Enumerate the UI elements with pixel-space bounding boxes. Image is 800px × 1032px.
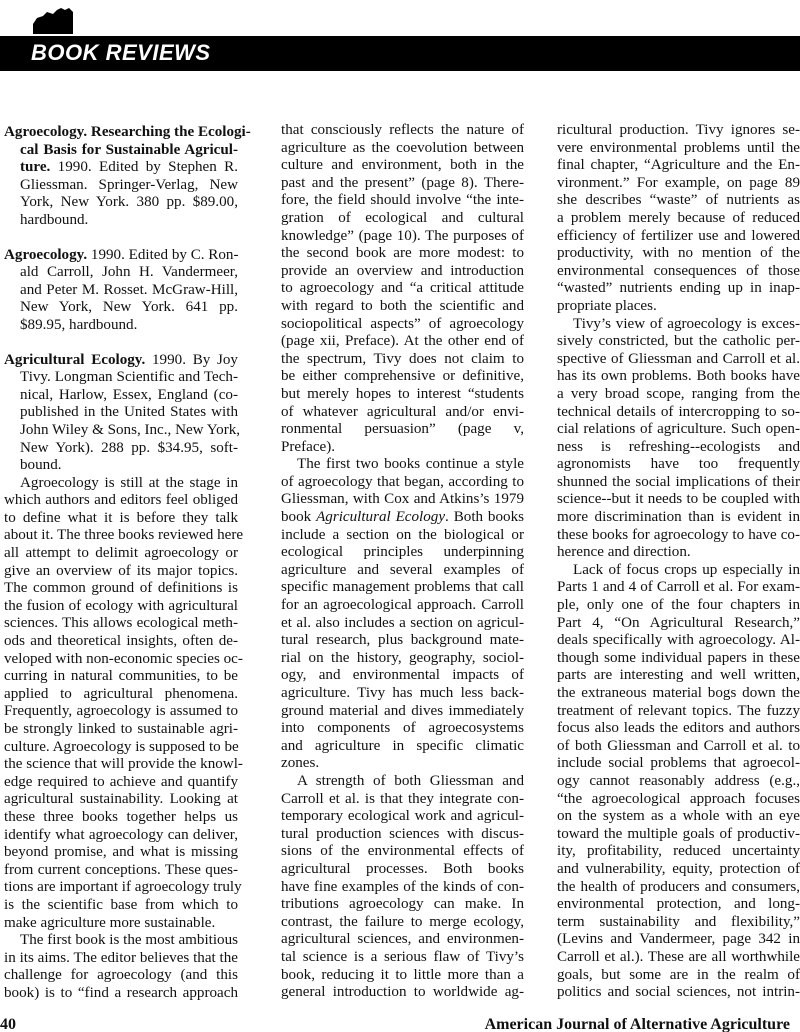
text-line: agriculture. Tivy has much less back- [281,685,524,703]
text-line: Part 4, “On Agricultural Research,” [557,615,800,633]
text-line: tal science is a serious flaw of Tivy’s [281,949,524,967]
text-line: shunned the social implications of their [557,474,800,492]
column-3: ricultural production. Tivy ignores se-v… [557,122,800,1002]
reference-line: $89.95, hardbound. [4,317,238,335]
text-line: agriculture and several examples of [281,562,524,580]
text-line: more discrimination than is evident in [557,509,800,527]
barn-silhouette-icon [31,6,74,34]
book-reference: Agricultural Ecology. 1990. By JoyTivy. … [4,352,238,475]
text-line: rial on the history, geography, sociol- [281,650,524,668]
text-line: tions are important if agroecology truly [4,879,238,897]
reference-line: ald Carroll, John H. Vandermeer, [4,264,238,282]
text-line: though some individual papers in these [557,650,800,668]
text-line: propriate places. [557,298,800,316]
text-line: vere environmental problems until the [557,140,800,158]
reference-title: Agroecology. [4,247,87,263]
text-line: agriculture as the coevolution between [281,140,524,158]
reference-line: bound. [4,457,238,475]
column-2: that consciously reflects the nature ofa… [281,122,524,1002]
text-line: tributions agroecology can make. In [281,896,524,914]
reference-line: nical, Harlow, Essex, England (co- [4,387,238,405]
reference-line: New York, New York. 641 pp. [4,299,238,317]
text-line: beyond promise, and what is missing [4,844,238,862]
text-line: these three books together helps us [4,809,238,827]
text-line: science--but it needs to be coupled with [557,491,800,509]
text-line: temporary ecological work and agricul- [281,808,524,826]
text-line: ity, profitability, reduced uncertainty [557,843,800,861]
text-line: goals, but some are in the realm of [557,967,800,985]
text-line: the health of producers and consumers, [557,879,800,897]
text-line: general introduction to worldwide ag- [281,984,524,1002]
page-number: 40 [0,1016,16,1032]
reference-line: John Wiley & Sons, Inc., New York, [4,422,238,440]
text-line: the spectrum, Tivy does not claim to [281,351,524,369]
reference-line: Agroecology. 1990. Edited by C. Ron- [4,247,238,265]
reference-line: Agroecology. Researching the Ecologi- [4,124,238,142]
text-line: productivity, with no mention of the [557,245,800,263]
text-line: of whatever agricultural and/or envi- [281,404,524,422]
text-line: culture and environment, both in the [281,157,524,175]
text-line: environmental protection, and long- [557,896,800,914]
text-line: The first two books continue a style [281,456,524,474]
text-line: agricultural sciences, and environmen- [281,931,524,949]
view-paragraph: Tivy’s view of agroecology is exces-sive… [557,316,800,562]
text-line: ple, only one of the four chapters in [557,597,800,615]
text-line: ecological principles underpinning [281,544,524,562]
text-line: book, reducing it to little more than a [281,967,524,985]
text-line: Agroecology is still at the stage in [4,475,238,493]
text-line: applied to agricultural phenomena. [4,686,238,704]
text-line: ness is refreshing--ecologists and [557,439,800,457]
reference-line: cal Basis for Sustainable Agricul- [4,142,238,160]
reference-title: Agricultural Ecology. [4,352,145,368]
book-reference: Agroecology. Researching the Ecologi-cal… [4,124,238,230]
text-line: be strongly linked to sustainable agri- [4,721,238,739]
text-line: Lack of focus crops up especially in [557,562,800,580]
reference-title: cal Basis for Sustainable Agricul- [20,142,238,158]
text-line: she describes “waste” of nutrients as [557,192,800,210]
text-line: a problem merely because of reduced [557,210,800,228]
text-line: final chapter, “Agriculture and the En- [557,157,800,175]
text-line: sociopolitical aspects” of agroecology [281,316,524,334]
text-line: environmental consequences of those [557,263,800,281]
section-banner: BOOK REVIEWS [0,36,800,71]
text-line: with regard to both the scientific and [281,298,524,316]
text-line: The first book is the most ambitious [4,932,238,950]
text-line: et al. also includes a section on agricu… [281,615,524,633]
environment-paragraph: ricultural production. Tivy ignores se-v… [557,122,800,316]
reference-line: ture. 1990. Edited by Stephen R. [4,159,238,177]
text-line: of agroecology that began, according to [281,474,524,492]
text-line: include social problems that agroecol- [557,755,800,773]
text-line: Tivy’s view of agroecology is exces- [557,316,800,334]
text-line: from current conceptions. These ques- [4,862,238,880]
text-line: of both Gliessman and Carroll et al. to [557,738,800,756]
text-line: tural research, plus background mate- [281,632,524,650]
text-line: efficiency of fertilizer use and lowered [557,228,800,246]
reference-title: ture. [20,159,50,175]
text-line: technical details of intercropping to so… [557,404,800,422]
text-line: culture. Agroecology is supposed to be [4,739,238,757]
reference-line: published in the United States with [4,404,238,422]
text-line: ogy, and environmental impacts of [281,667,524,685]
text-line: book Agricultural Ecology. Both books [281,509,524,527]
text-line: (page xii, Preface). At the other end of [281,333,524,351]
text-line: politics and social sciences, not intrin… [557,984,800,1002]
text-line: specific management problems that call [281,579,524,597]
text-line: for an agroecological approach. Carroll [281,597,524,615]
text-line: Parts 1 and 4 of Carroll et al. For exam… [557,579,800,597]
text-line: treatment of relevant topics. The fuzzy [557,703,800,721]
text-line: Preface). [281,439,524,457]
text-line: ronmental persuasion” (page v, [281,421,524,439]
reference-line: New York). 288 pp. $34.95, soft- [4,440,238,458]
text-line: focus also leads the editors and authors [557,720,800,738]
text-line: is the scientific base from which to [4,897,238,915]
reference-line: Gliessman. Springer-Verlag, New [4,177,238,195]
text-line: herence and direction. [557,544,800,562]
text-line: on the system as a whole with an eye [557,808,800,826]
book-title: Agricultural Ecology [316,509,445,525]
aims-paragraph: that consciously reflects the nature ofa… [281,122,524,456]
text-line: Gliessman, with Cox and Atkins’s 1979 [281,491,524,509]
text-line: sciences. This allows ecological meth- [4,615,238,633]
text-line: contrast, the failure to merge ecology, [281,914,524,932]
text-line: to agroecology and “a critical attitude [281,280,524,298]
text-line: “wasted” nutrients ending up in inap- [557,280,800,298]
reference-line: hardbound. [4,212,238,230]
text-line: be either comprehensive or definitive, [281,368,524,386]
text-line: tural production sciences with discus- [281,826,524,844]
section-title: BOOK REVIEWS [31,40,211,66]
text-line: sively constricted, but the catholic per… [557,333,800,351]
text-line: “the agroecological approach focuses [557,791,800,809]
text-line: these books for agroecology to have co- [557,527,800,545]
text-line: past and the present” (page 8). There- [281,175,524,193]
first-book-paragraph: The first book is the most ambitiousin i… [4,932,238,1002]
text-line: agricultural sustainability. Looking at [4,791,238,809]
text-line: challenge for agroecology (and this [4,967,238,985]
text-line: toward the multiple goals of productiv- [557,826,800,844]
text-line: knowledge” (page 10). The purposes of [281,228,524,246]
text-line: sions of the environmental effects of [281,843,524,861]
text-line: term sustainability and flexibility,” [557,914,800,932]
text-line: into components of agroecosystems [281,720,524,738]
text-line: all attempt to delimit agroecology or [4,545,238,563]
text-line: give an overview of its major topics. [4,563,238,581]
text-line: which authors and editors feel obliged [4,492,238,510]
text-line: include a section on the biological or [281,527,524,545]
text-line: has its own problems. Both books have [557,368,800,386]
text-line: to define what it is before they talk [4,510,238,528]
text-line: ods and theoretical insights, often de- [4,633,238,651]
column-1: Agroecology. Researching the Ecologi-cal… [4,124,238,1003]
text-line: that consciously reflects the nature of [281,122,524,140]
text-line: ricultural production. Tivy ignores se- [557,122,800,140]
text-line: agricultural processes. Both books [281,861,524,879]
text-line: but merely hopes to interest “students [281,386,524,404]
text-line: have fine examples of the kinds of con- [281,879,524,897]
text-line: in its aims. The editor believes that th… [4,950,238,968]
text-line: vironment.” For example, on page 89 [557,175,800,193]
text-line: and vulnerability, equity, protection of [557,861,800,879]
reference-title: Agroecology. Researching the Ecologi- [4,124,251,140]
text-line: gration of ecological and cultural [281,210,524,228]
text-line: The common ground of definitions is [4,580,238,598]
focus-paragraph: Lack of focus crops up especially inPart… [557,562,800,1002]
text-line: ogy cannot reasonably address (e.g., [557,773,800,791]
book-reference: Agroecology. 1990. Edited by C. Ron-ald … [4,247,238,335]
text-line: curring in natural communities, to be [4,668,238,686]
text-line: parts are interesting and well written, [557,667,800,685]
text-line: (Levins and Vandermeer, page 342 in [557,931,800,949]
book-references: Agroecology. Researching the Ecologi-cal… [4,124,238,475]
text-line: Frequently, agroecology is assumed to [4,703,238,721]
text-line: the science that will provide the knowl- [4,756,238,774]
text-line: book) is to “find a research approach [4,985,238,1003]
intro-paragraph: Agroecology is still at the stage inwhic… [4,475,238,932]
text-line: fore, the field should involve “the inte… [281,192,524,210]
text-line: Carroll et al.). These are all worthwhil… [557,949,800,967]
text-line: the fusion of ecology with agricultural [4,598,238,616]
text-line: Carroll et al. is that they integrate co… [281,791,524,809]
text-line: a very broad scope, ranging from the [557,386,800,404]
text-line: cial relations of agriculture. Such open… [557,421,800,439]
text-line: agronomists have too frequently [557,456,800,474]
text-line: the extraneous material bogs down the [557,685,800,703]
strength-paragraph: A strength of both Gliessman andCarroll … [281,773,524,1002]
text-line: deals specifically with agroecology. Al- [557,632,800,650]
text-line: provide an overview and introduction [281,263,524,281]
journal-name: American Journal of Alternative Agricult… [485,1016,790,1032]
text-line: the second book are more modest: to [281,245,524,263]
text-line: spective of Gliessman and Carroll et al. [557,351,800,369]
text-line: veloped with non-economic species oc- [4,651,238,669]
reference-line: Agricultural Ecology. 1990. By Joy [4,352,238,370]
text-line: A strength of both Gliessman and [281,773,524,791]
reference-line: Tivy. Longman Scientific and Tech- [4,369,238,387]
text-line: identify what agroecology can deliver, [4,827,238,845]
text-line: ground material and dives immediately [281,703,524,721]
text-line: and agriculture in specific climatic [281,738,524,756]
text-line: edge required to achieve and quantify [4,774,238,792]
reference-line: and Peter M. Rosset. McGraw-Hill, [4,282,238,300]
text-line: about it. The three books reviewed here [4,527,238,545]
style-paragraph: The first two books continue a style of … [281,456,524,773]
text-line: zones. [281,755,524,773]
reference-line: York, New York. 380 pp. $89.00, [4,194,238,212]
text-line: make agriculture more sustainable. [4,915,238,933]
